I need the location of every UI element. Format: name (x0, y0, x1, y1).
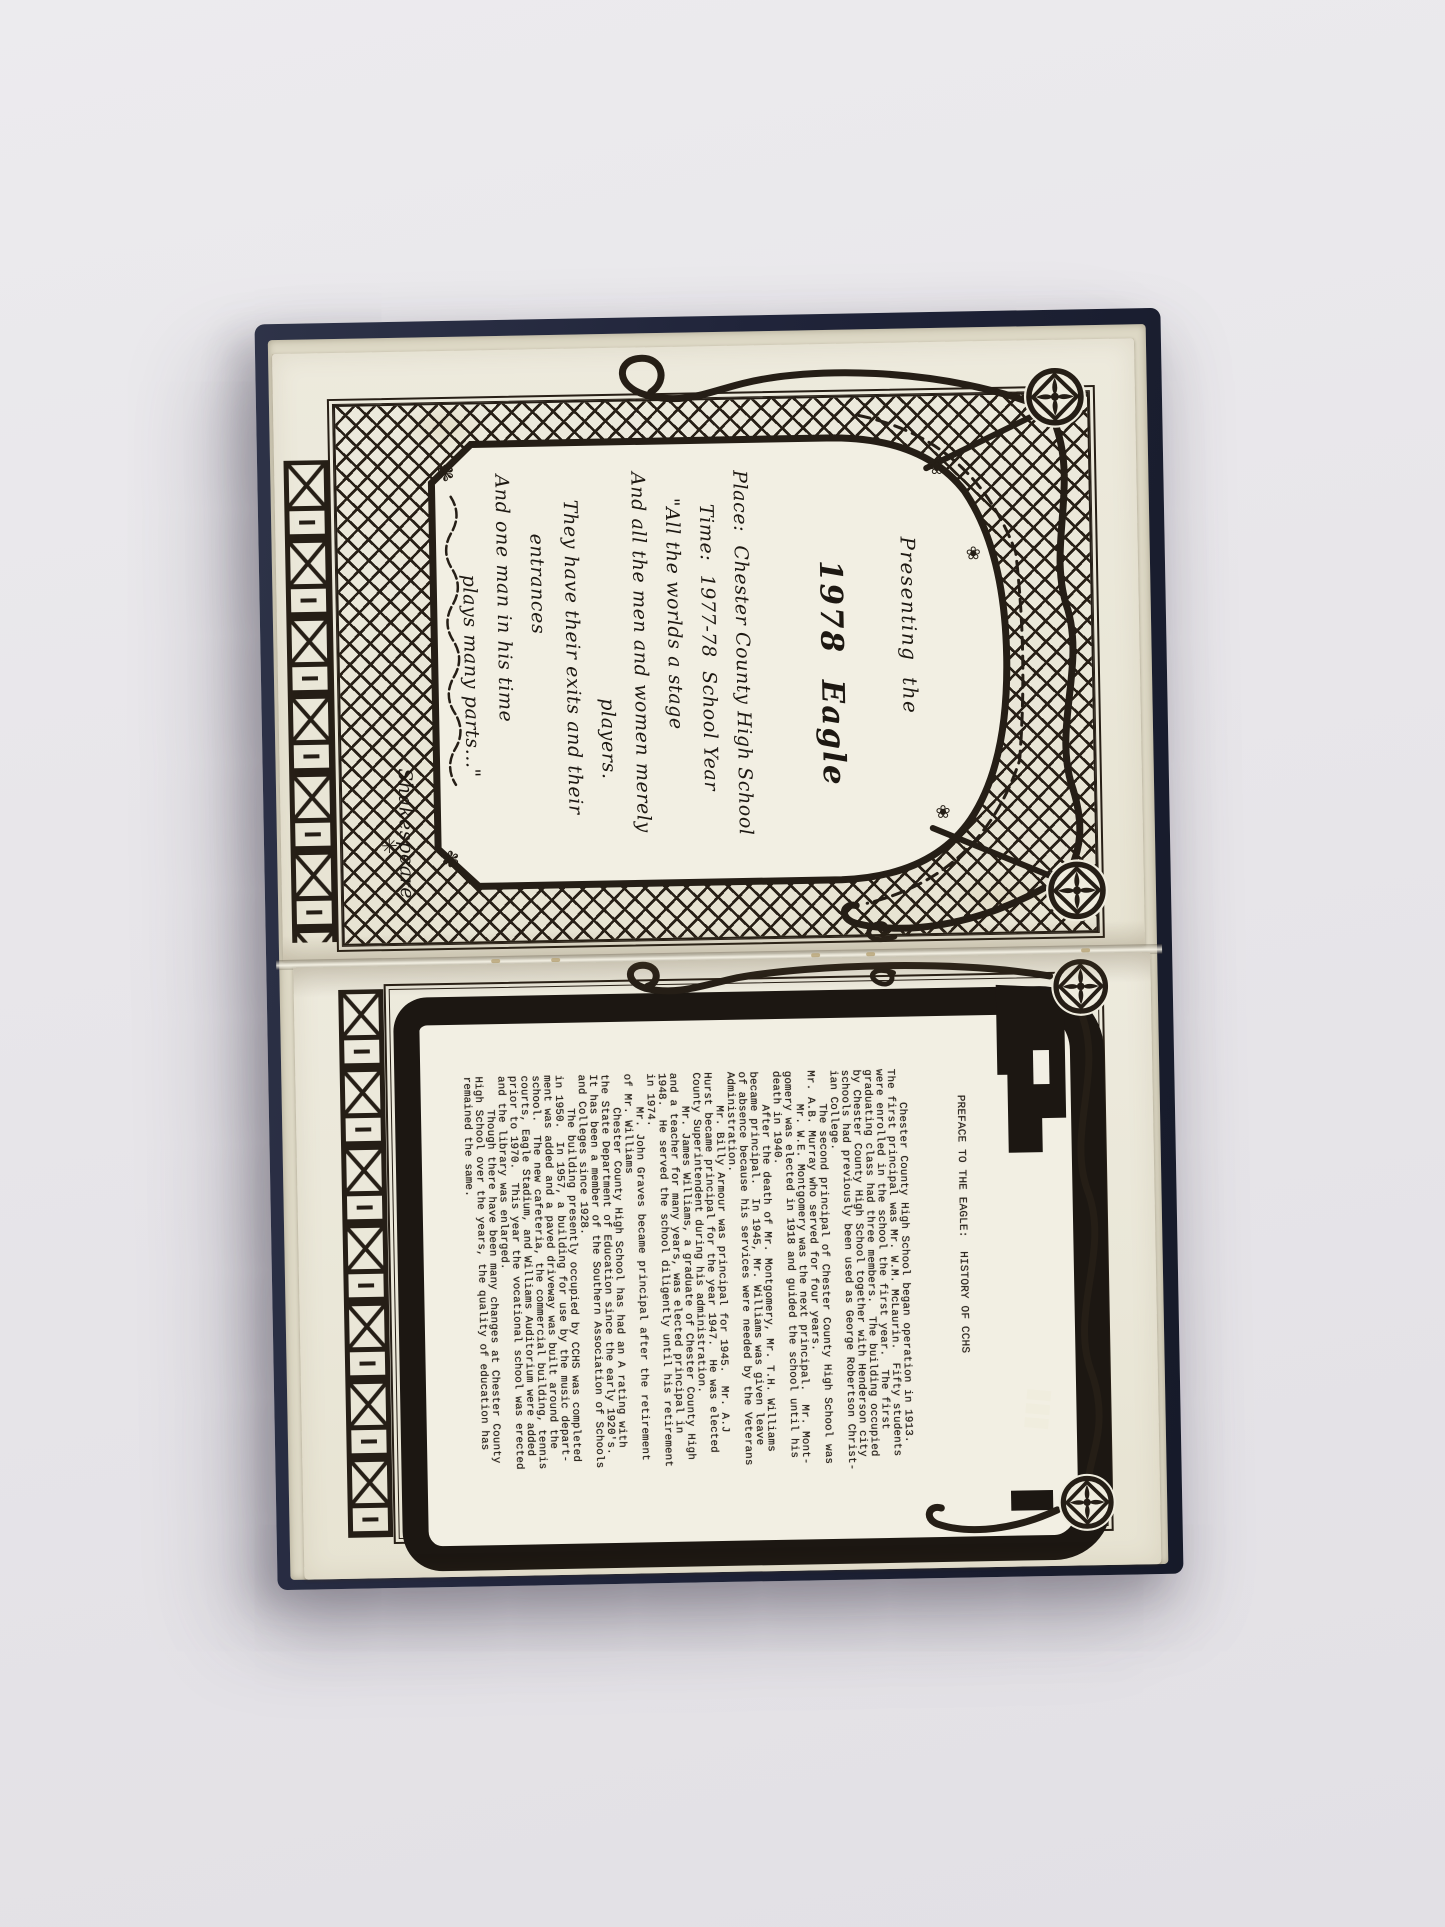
binding-stitch (1081, 948, 1090, 952)
band-ladder-notches (1024, 1389, 1051, 1429)
flourish-icon (1057, 427, 1081, 865)
binding-stitch (491, 959, 500, 963)
corner-building-silhouette (996, 984, 1067, 1153)
binding-stitch (866, 952, 875, 956)
handwritten-quote: Place: Chester County High School Time: … (382, 443, 764, 896)
frame-foot (1011, 1490, 1053, 1511)
preface-body-text: Chester County High School began operati… (460, 1069, 914, 1475)
flourish-icon (622, 351, 1030, 409)
preface-text-block: PREFACE TO THE EAGLE: HISTORY OF CCHS Ch… (517, 1067, 1008, 1474)
preface-page: PREFACE TO THE EAGLE: HISTORY OF CCHS Ch… (293, 952, 1161, 1580)
presenting-line: Presenting the (894, 440, 926, 886)
year-title: 1978 Eagle (810, 442, 854, 889)
title-page: ❃ ❃ ✳ ❀ ❀ ❀ Presenting the 1978 Eagle Pl… (272, 338, 1145, 962)
preface-heading: PREFACE TO THE EAGLE: HISTORY OF CCHS (953, 1068, 972, 1466)
flower-icon: ❀ (966, 543, 981, 564)
flourish-icon (630, 958, 1049, 992)
silhouette-window (1033, 1050, 1050, 1084)
binding-stitch (551, 958, 560, 962)
handwritten-title-text: Presenting the 1978 Eagle Place: Chester… (432, 440, 964, 896)
medallion-icon (1045, 859, 1108, 922)
flourish-icon (872, 970, 893, 984)
flourish-icon (1078, 1013, 1100, 1477)
binding-stitch (811, 953, 820, 957)
yearbook: ❃ ❃ ✳ ❀ ❀ ❀ Presenting the 1978 Eagle Pl… (254, 308, 1183, 1590)
medallion-icon (1058, 1473, 1116, 1531)
photo-background: ❃ ❃ ✳ ❀ ❀ ❀ Presenting the 1978 Eagle Pl… (0, 0, 1445, 1927)
